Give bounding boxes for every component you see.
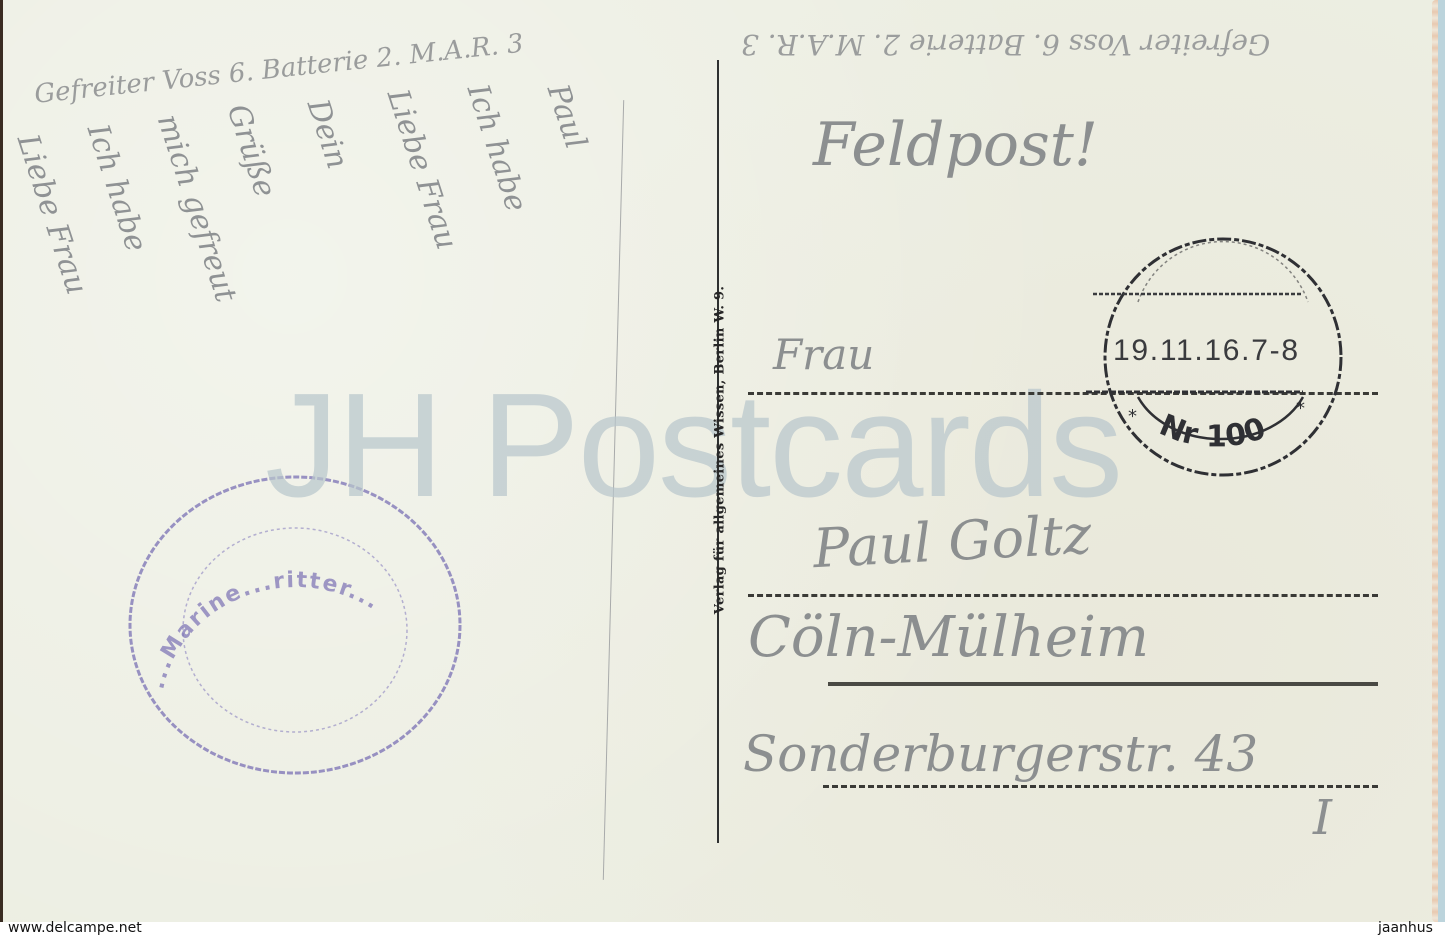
message-line: Ich habe [80, 120, 154, 256]
feldpost-postmark: 19.11.16.7-8 * * Nr 100 [1078, 232, 1368, 482]
address-floor: I [1313, 790, 1332, 846]
address-city: Cöln-Mülheim [748, 605, 1149, 670]
svg-text:...Marine...ritter...: ...Marine...ritter... [144, 568, 384, 692]
postmark-star: * [1128, 406, 1137, 427]
postmark-number: Nr 100 [1154, 408, 1270, 455]
seal-text: ...Marine...ritter... [144, 568, 384, 692]
message-line: Liebe Frau [380, 85, 465, 254]
postcard-back: Gefreiter Voss 6. Batterie 2. M.A.R. 3 L… [0, 0, 1438, 922]
background-strip [1438, 0, 1445, 922]
message-line: Paul [540, 80, 594, 153]
address-name: Paul Goltz [812, 503, 1093, 580]
message-line: Dein [300, 95, 355, 173]
message-handwriting-header: Gefreiter Voss 6. Batterie 2. M.A.R. 3 [33, 29, 525, 110]
address-line-3 [828, 682, 1378, 686]
postmark-star: * [1296, 398, 1305, 419]
message-line: Liebe Frau [10, 130, 95, 299]
postmark-date: 19.11.16.7-8 [1113, 334, 1298, 367]
address-feldpost: Feldpost! [813, 110, 1098, 180]
sender-header: Gefreiter Voss 6. Batterie 2. M.A.R. 3 [741, 28, 1270, 61]
address-street: Sonderburgerstr. 43 [743, 725, 1258, 783]
address-line-2 [748, 594, 1378, 597]
svg-text:Nr 100: Nr 100 [1154, 408, 1270, 455]
address-line-4 [823, 785, 1378, 788]
message-line: Grüße [220, 100, 283, 202]
jaanhus-credit: jaanhus [1378, 920, 1433, 936]
publisher-imprint: Verlag für allgemeines Wissen, Berlin W.… [713, 286, 728, 614]
delcampe-credit: www.delcampe.net [8, 920, 142, 936]
address-frau: Frau [773, 330, 874, 379]
message-line: Ich habe [460, 80, 534, 216]
